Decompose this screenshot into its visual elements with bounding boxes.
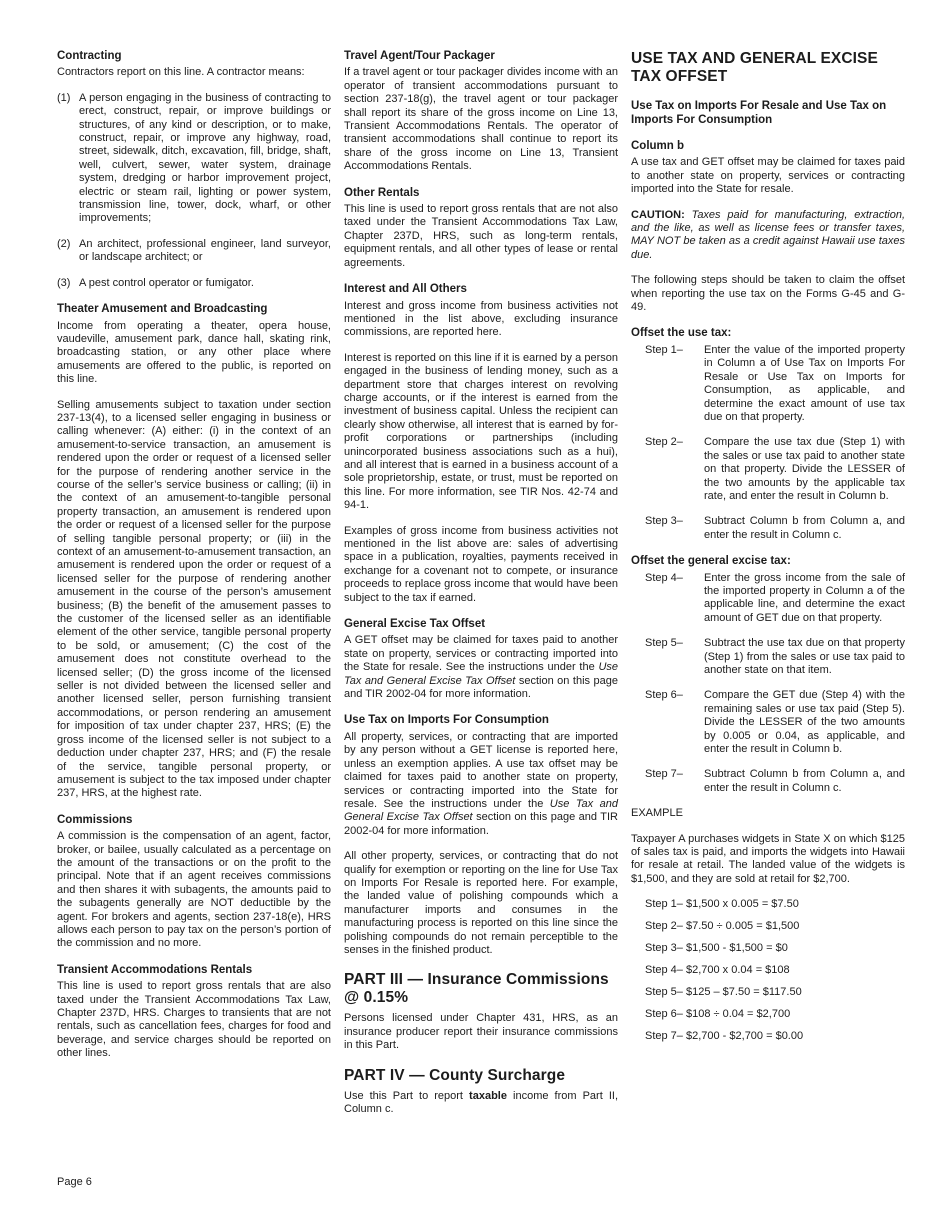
list-item-number: (3) xyxy=(57,277,79,290)
list-item: (3) A pest control operator or fumigator… xyxy=(57,277,331,290)
column-3: USE TAX AND GENERAL EXCISE TAX OFFSET Us… xyxy=(631,50,905,1128)
paragraph-text: Use this Part to report xyxy=(344,1090,469,1102)
example-step: Step 7– $2,700 - $2,700 = $0.00 xyxy=(631,1030,905,1043)
step-text: Subtract the use tax due on that propert… xyxy=(704,637,905,677)
step-text: Subtract Column b from Column a, and ent… xyxy=(704,515,905,542)
paragraph: Persons licensed under Chapter 431, HRS,… xyxy=(344,1012,618,1052)
step-row: Step 7– Subtract Column b from Column a,… xyxy=(631,768,905,795)
step-row: Step 4– Enter the gross income from the … xyxy=(631,572,905,626)
step-text: Compare the GET due (Step 4) with the re… xyxy=(704,689,905,756)
example-step: Step 4– $2,700 x 0.04 = $108 xyxy=(631,964,905,977)
section-heading-commissions: Commissions xyxy=(57,814,331,827)
caution-paragraph: CAUTION: Taxes paid for manufacturing, e… xyxy=(631,209,905,263)
section-heading-column-b: Column b xyxy=(631,140,905,153)
part-iv-heading: PART IV — County Surcharge xyxy=(344,1067,618,1085)
sub-section-heading: Use Tax on Imports For Resale and Use Ta… xyxy=(631,100,905,127)
paragraph: If a travel agent or tour packager divid… xyxy=(344,66,618,173)
paragraph: Examples of gross income from business a… xyxy=(344,525,618,605)
list-item-text: An architect, professional engineer, lan… xyxy=(79,238,331,265)
step-row: Step 5– Subtract the use tax due on that… xyxy=(631,637,905,677)
paragraph: Selling amusements subject to taxation u… xyxy=(57,399,331,801)
paragraph-text: A GET offset may be claimed for taxes pa… xyxy=(344,634,618,673)
heading-offset-get: Offset the general excise tax: xyxy=(631,555,905,568)
list-item: (1) A person engaging in the business of… xyxy=(57,92,331,226)
step-label: Step 3– xyxy=(645,515,704,542)
example-heading: EXAMPLE xyxy=(631,807,905,820)
paragraph: Use this Part to report taxable income f… xyxy=(344,1090,618,1117)
step-label: Step 7– xyxy=(645,768,704,795)
step-row: Step 3– Subtract Column b from Column a,… xyxy=(631,515,905,542)
section-heading-travel-agent: Travel Agent/Tour Packager xyxy=(344,50,618,63)
example-step: Step 2– $7.50 ÷ 0.005 = $1,500 xyxy=(631,920,905,933)
paragraph: This line is used to report gross rental… xyxy=(344,203,618,270)
main-section-heading: USE TAX AND GENERAL EXCISE TAX OFFSET xyxy=(631,50,905,86)
bold-word: taxable xyxy=(469,1090,507,1102)
section-heading-use-tax-consumption: Use Tax on Imports For Consumption xyxy=(344,714,618,727)
paragraph: A use tax and GET offset may be claimed … xyxy=(631,156,905,196)
step-label: Step 4– xyxy=(645,572,704,626)
step-row: Step 2– Compare the use tax due (Step 1)… xyxy=(631,436,905,503)
paragraph: Taxpayer A purchases widgets in State X … xyxy=(631,833,905,887)
paragraph: The following steps should be taken to c… xyxy=(631,274,905,314)
column-2: Travel Agent/Tour Packager If a travel a… xyxy=(344,50,618,1128)
step-label: Step 2– xyxy=(645,436,704,503)
section-heading-other-rentals: Other Rentals xyxy=(344,187,618,200)
list-item-number: (2) xyxy=(57,238,79,265)
example-step: Step 6– $108 ÷ 0.04 = $2,700 xyxy=(631,1008,905,1021)
paragraph: All other property, services, or contrac… xyxy=(344,850,618,957)
step-row: Step 6– Compare the GET due (Step 4) wit… xyxy=(631,689,905,756)
paragraph: All property, services, or contracting t… xyxy=(344,731,618,838)
heading-offset-use-tax: Offset the use tax: xyxy=(631,327,905,340)
step-label: Step 6– xyxy=(645,689,704,756)
example-step: Step 3– $1,500 - $1,500 = $0 xyxy=(631,942,905,955)
paragraph: Interest is reported on this line if it … xyxy=(344,352,618,513)
section-heading-get-offset: General Excise Tax Offset xyxy=(344,618,618,631)
section-heading-transient-rentals: Transient Accommodations Rentals xyxy=(57,964,331,977)
list-item-text: A person engaging in the business of con… xyxy=(79,92,331,226)
paragraph: This line is used to report gross rental… xyxy=(57,980,331,1060)
list-item: (2) An architect, professional engineer,… xyxy=(57,238,331,265)
column-1: Contracting Contractors report on this l… xyxy=(57,50,331,1128)
step-text: Enter the value of the imported property… xyxy=(704,344,905,424)
section-heading-theater: Theater Amusement and Broadcasting xyxy=(57,303,331,316)
part-iii-heading: PART III — Insurance Commissions @ 0.15% xyxy=(344,971,618,1007)
page-number: Page 6 xyxy=(57,1176,92,1188)
paragraph: Contractors report on this line. A contr… xyxy=(57,66,331,79)
section-heading-contracting: Contracting xyxy=(57,50,331,63)
example-step: Step 5– $125 – $7.50 = $117.50 xyxy=(631,986,905,999)
list-item-text: A pest control operator or fumigator. xyxy=(79,277,331,290)
step-row: Step 1– Enter the value of the imported … xyxy=(631,344,905,424)
example-step: Step 1– $1,500 x 0.005 = $7.50 xyxy=(631,898,905,911)
document-page: Contracting Contractors report on this l… xyxy=(57,50,905,1128)
paragraph: A commission is the compensation of an a… xyxy=(57,830,331,951)
paragraph: A GET offset may be claimed for taxes pa… xyxy=(344,634,618,701)
step-text: Enter the gross income from the sale of … xyxy=(704,572,905,626)
paragraph: Income from operating a theater, opera h… xyxy=(57,320,331,387)
step-text: Subtract Column b from Column a, and ent… xyxy=(704,768,905,795)
list-item-number: (1) xyxy=(57,92,79,226)
step-label: Step 1– xyxy=(645,344,704,424)
section-heading-interest: Interest and All Others xyxy=(344,283,618,296)
step-text: Compare the use tax due (Step 1) with th… xyxy=(704,436,905,503)
step-label: Step 5– xyxy=(645,637,704,677)
paragraph: Interest and gross income from business … xyxy=(344,300,618,340)
caution-label: CAUTION: xyxy=(631,209,685,221)
